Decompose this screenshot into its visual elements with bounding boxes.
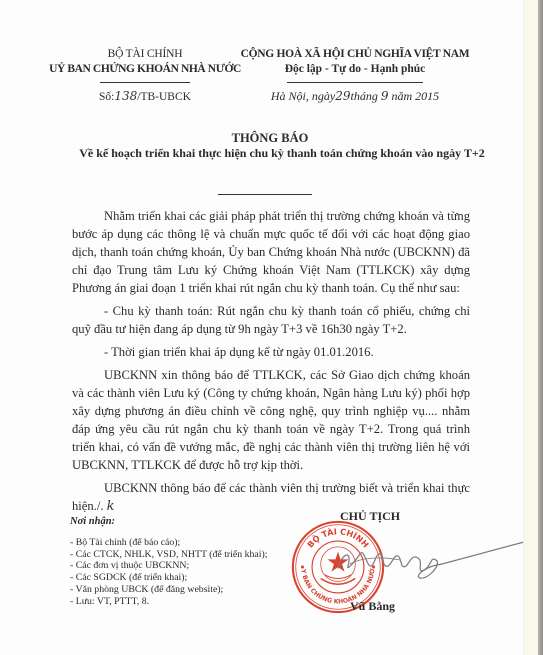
signatory-position: CHỦ TỊCH [340,509,430,524]
document-subtitle: Về kế hoạch triển khai thực hiện chu kỳ … [72,146,492,161]
country-name: CỘNG HOÀ XÃ HỘI CHỦ NGHĨA VIỆT NAM [240,47,470,62]
document-number: Số:138/TB-UBCK [40,89,250,105]
recipient-item: - Lưu: VT, PTTT, 8. [70,596,290,608]
agency-name: UỶ BAN CHỨNG KHOÁN NHÀ NƯỚC [40,62,250,77]
recipient-item: - Các SGDCK (để triển khai); [70,572,290,584]
body-paragraph: UBCKNN xin thông báo để TTLKCK, các Sở G… [72,366,470,474]
national-motto: Độc lập - Tự do - Hạnh phúc [240,62,470,77]
header-right-divider [287,82,423,83]
month-label: tháng [350,89,377,103]
body-bullet: - Chu kỳ thanh toán: Rút ngắn chu kỳ tha… [72,302,470,338]
recipient-item: - Văn phòng UBCK (để đăng website); [70,584,290,596]
issue-date: Hà Nội, ngày29tháng 9 năm 2015 [240,89,470,104]
initials-mark: k [107,499,115,514]
national-header: CỘNG HOÀ XÃ HỘI CHỦ NGHĨA VIỆT NAM Độc l… [240,47,470,104]
recipients-list: - Bộ Tài chính (để báo cáo); - Các CTCK,… [70,537,290,608]
header-left-divider [100,82,190,83]
recipient-item: - Các đơn vị thuộc UBCKNN; [70,560,290,572]
recipients-block: Nơi nhận: - Bộ Tài chính (để báo cáo); -… [70,516,290,608]
body-bullet: - Thời gian triển khai áp dụng kể từ ngà… [72,343,470,361]
year-text: năm 2015 [391,89,439,103]
title-divider [218,194,312,195]
issuing-agency-header: BỘ TÀI CHÍNH UỶ BAN CHỨNG KHOÁN NHÀ NƯỚC… [40,47,250,105]
document-title: THÔNG BÁO [40,131,500,146]
handwritten-day: 29 [335,89,350,103]
handwritten-number: 138 [114,89,137,103]
body-paragraph: Nhằm triển khai các giải pháp phát triển… [72,207,470,297]
recipient-item: - Các CTCK, NHLK, VSD, NHTT (để triển kh… [70,549,290,561]
date-prefix: Hà Nội, ngày [271,89,335,103]
handwritten-month: 9 [381,89,389,103]
document-page: BỘ TÀI CHÍNH UỶ BAN CHỨNG KHOÁN NHÀ NƯỚC… [0,0,523,655]
scan-edge-border [538,0,543,655]
handwritten-signature-icon [330,530,525,590]
document-body: Nhằm triển khai các giải pháp phát triển… [72,207,470,521]
signatory-name: Vũ Bằng [350,599,395,614]
number-prefix: Số: [99,91,114,103]
number-suffix: /TB-UBCK [137,91,191,103]
ministry-name: BỘ TÀI CHÍNH [40,47,250,62]
recipient-item: - Bộ Tài chính (để báo cáo); [70,537,290,549]
recipients-label: Nơi nhận: [70,516,290,528]
scan-edge-strip [523,0,539,655]
